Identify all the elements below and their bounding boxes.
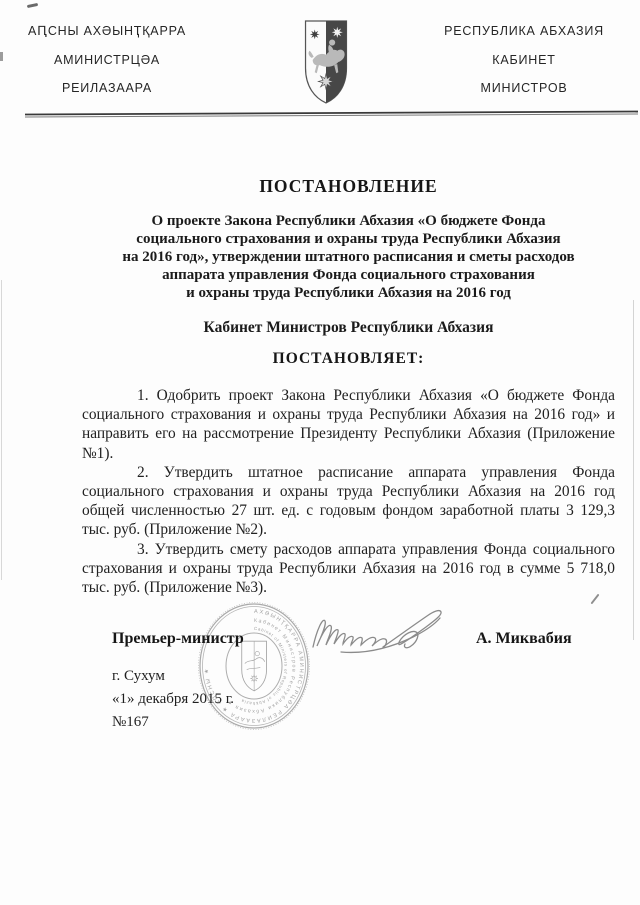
scan-artifact-left-line xyxy=(1,280,2,580)
star-right-icon xyxy=(332,27,343,38)
scan-artifact-right-line xyxy=(633,300,634,640)
stamp-shield-icon xyxy=(242,641,267,691)
resolves-heading: ПОСТАНОВЛЯЕТ: xyxy=(82,350,615,368)
place-line: г. Сухум xyxy=(112,668,165,685)
header-russian-name: РЕСПУБЛИКА АБХАЗИЯ КАБИНЕТ МИНИСТРОВ xyxy=(443,17,605,103)
signatory-name: А. Миквабия xyxy=(476,630,572,648)
star-left-icon xyxy=(310,29,320,39)
document-title: ПОСТАНОВЛЕНИЕ xyxy=(82,176,615,197)
document-subject: О проекте Закона Республики Абхазия «О б… xyxy=(82,212,615,302)
star-bottom-icon xyxy=(318,74,333,89)
decree-document-page: АԤСНЫ АХӘЫНҬҚАРРА АМИНИСТРЦӘА РЕИЛАЗААРА… xyxy=(0,0,640,905)
issuing-body-line: Кабинет Министров Республики Абхазия xyxy=(82,319,615,337)
document-body: 1. Одобрить проект Закона Республики Абх… xyxy=(82,386,615,597)
document-number-line: №167 xyxy=(112,714,149,731)
header-divider-line xyxy=(0,106,640,120)
signature-scribble xyxy=(293,597,478,659)
scan-artifact-left-edge xyxy=(0,52,3,61)
header-abkhaz-name: АԤСНЫ АХӘЫНҬҚАРРА АМИНИСТРЦӘА РЕИЛАЗААРА xyxy=(26,17,188,103)
clause-3: 3. Утвердить смету расходов аппарата упр… xyxy=(82,540,615,598)
clause-1: 1. Одобрить проект Закона Республики Абх… xyxy=(82,386,615,463)
scan-artifact-top-left xyxy=(27,3,38,8)
signatory-post: Премьер-министр xyxy=(112,630,244,648)
date-line: «1» декабря 2015 г. xyxy=(112,691,234,708)
clause-2: 2. Утвердить штатное расписание аппарата… xyxy=(82,463,615,540)
coat-of-arms-icon xyxy=(303,19,349,105)
